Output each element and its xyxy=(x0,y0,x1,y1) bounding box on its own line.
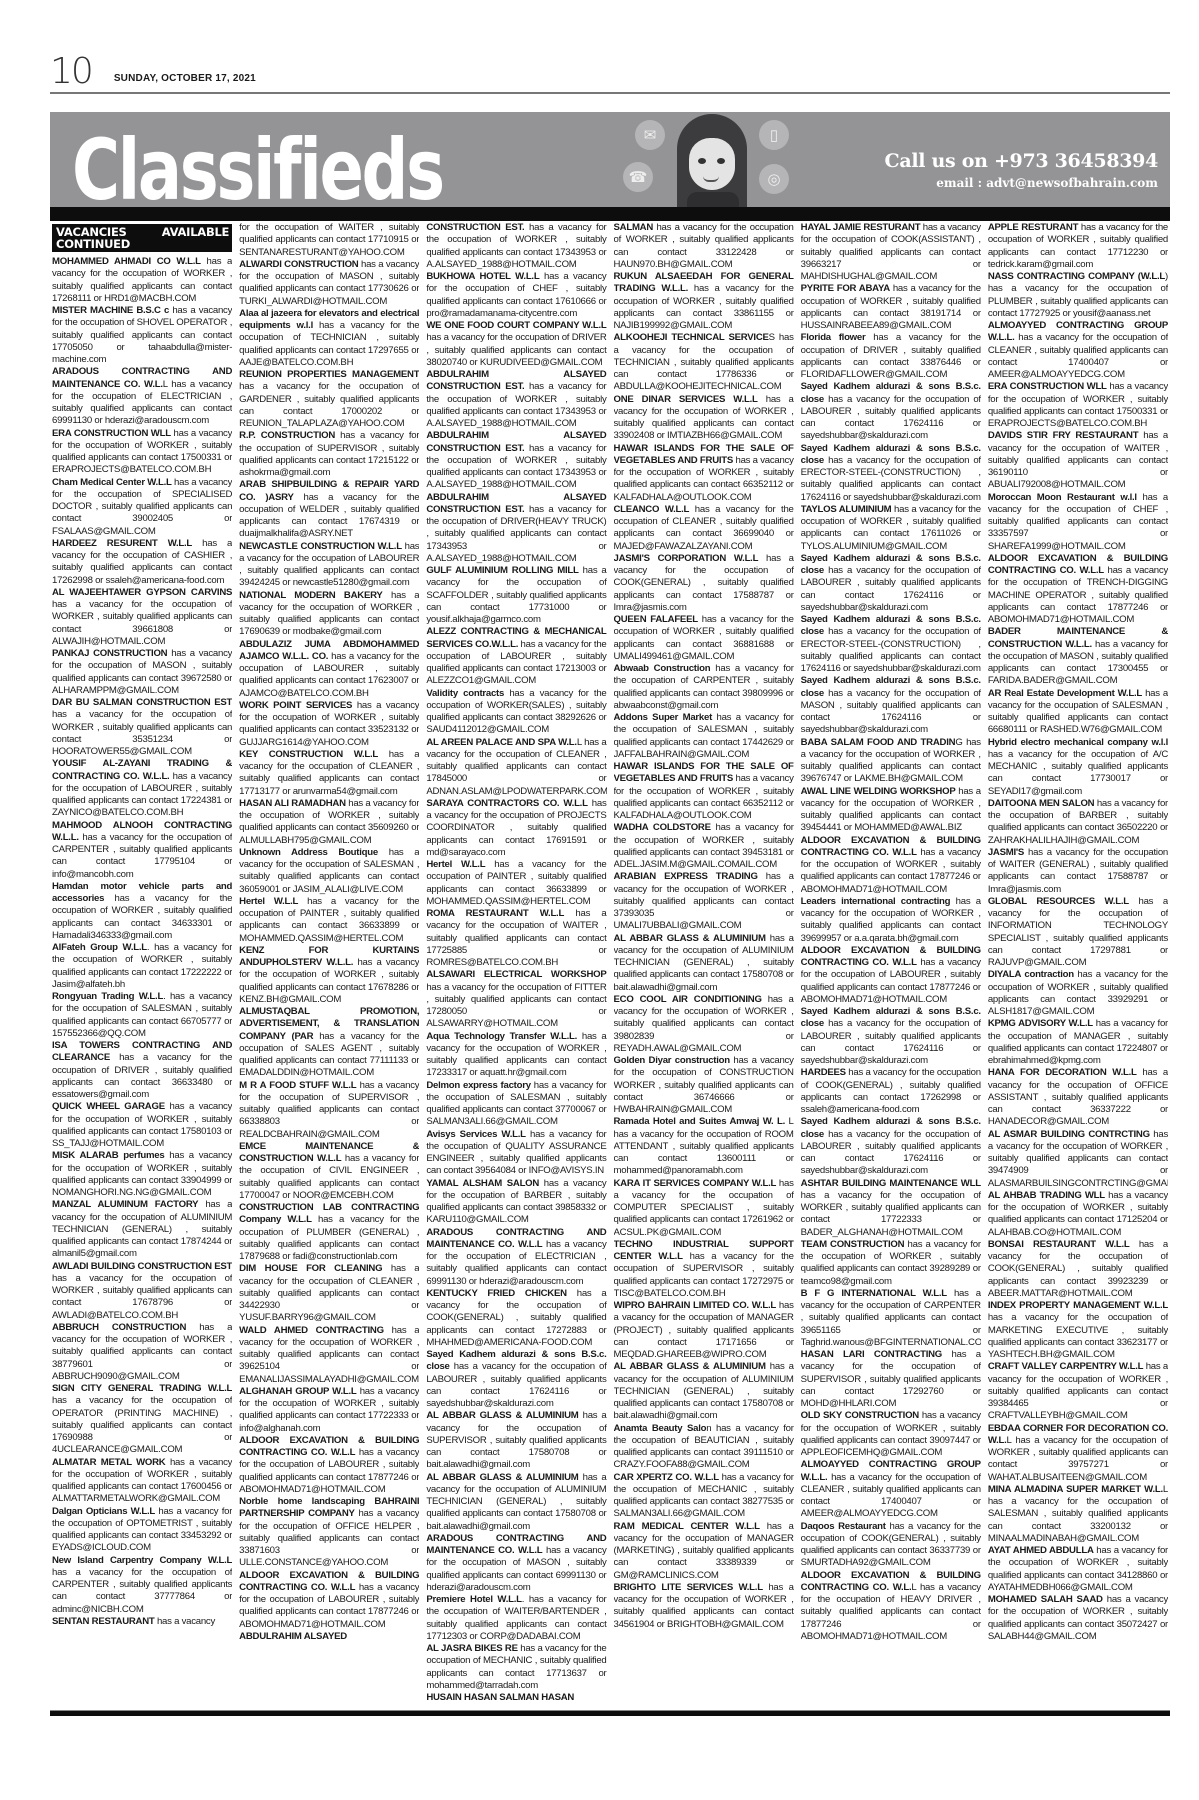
classified-ad: Golden Diyar construction has a vacancy … xyxy=(614,1055,794,1116)
classified-ad: Unknown Address Boutique has a vacancy f… xyxy=(239,847,419,896)
ad-body: has a vacancy for the occupation of WORK… xyxy=(52,599,232,647)
classified-ad: CONSTRUCTION EST. has a vacancy for the … xyxy=(426,222,606,271)
globe-icon: ◎ xyxy=(759,164,789,194)
classified-ad: KARA IT SERVICES COMPANY W.L.L has a vac… xyxy=(614,1178,794,1239)
ad-company-name: QUICK WHEEL GARAGE xyxy=(52,1101,165,1112)
classified-ad: WALD AHMED CONTRACTING has a vacancy for… xyxy=(239,1325,419,1386)
classified-ad: ABDULAZIZ JUMA ABDMOHAMMED AJAMCO W.L.L.… xyxy=(239,639,419,700)
classified-ad: ALDOOR EXCAVATION & BUILDING CONTRACTING… xyxy=(239,1570,419,1631)
classified-ad: KENZ FOR KURTAINS ANDUPHOLSTERV W.L.L. h… xyxy=(239,945,419,1006)
classified-ad: Aqua Technology Transfer W.L.L. has a va… xyxy=(426,1031,606,1080)
ad-company-name: DAVIDS STIR FRY RESTAURANT xyxy=(988,430,1138,441)
classified-ad: TAYLOS ALUMINIUM has a vacancy for the o… xyxy=(801,504,981,553)
ad-company-name: CRAFT VALLEY CARPENTRY W.L.L xyxy=(988,1361,1143,1372)
classified-ad: KEY CONSTRUCTION W.L.L has a vacancy for… xyxy=(239,749,419,798)
ad-body: for the occupation of WAITER , suitably … xyxy=(239,222,419,258)
ad-company-name: BABA SALAM FOOD AND TRADIN xyxy=(801,737,956,748)
classified-ad: HARDEES has a vacancy for the occupation… xyxy=(801,1067,981,1116)
ad-company-name: CLEANCO W.L.L xyxy=(614,504,690,515)
ad-company-name: SENTAN RESTAURANT xyxy=(52,1616,155,1627)
classified-ad: BRIGHTO LITE SERVICES W.L.L has a vacanc… xyxy=(614,1582,794,1631)
classified-ad: M R A FOOD STUFF W.L.L has a vacancy for… xyxy=(239,1080,419,1141)
classified-ad: ALMOAYYED CONTRACTING GROUP W.L.L. has a… xyxy=(988,320,1168,381)
classified-ad: ALDOOR EXCAVATION & BUILDING CONTRACTING… xyxy=(801,1570,981,1644)
classified-ad: BABA SALAM FOOD AND TRADING has a vacanc… xyxy=(801,737,981,786)
ad-body: has a vacancy for the occupation of LABO… xyxy=(801,394,981,442)
ad-company-name: AWLADI BUILDING CONSTRUCTION EST xyxy=(52,1261,232,1272)
classified-ad: HUSAIN HASAN SALMAN HASAN xyxy=(426,1692,606,1704)
classified-ad: AL WAJEEHTAWER GYPSON CARVINS has a vaca… xyxy=(52,587,232,648)
ad-company-name: AL ABBAR GLASS & ALUMINIUM xyxy=(426,1410,578,1421)
classified-ad: DAITOONA MEN SALON has a vacancy for the… xyxy=(988,798,1168,847)
classified-ad: PYRITE FOR ABAYA has a vacancy for the o… xyxy=(801,283,981,332)
phone-icon: ☎ xyxy=(623,162,653,192)
ad-company-name: GULF ALUMINIUM ROLLING MILL xyxy=(426,565,578,576)
classified-ad: ROMA RESTAURANT W.L.L has a vacancy for … xyxy=(426,908,606,969)
ad-company-name: PANKAJ CONSTRUCTION xyxy=(52,648,167,659)
classified-ad: HANA FOR DECORATION W.L.L has a vacancy … xyxy=(988,1067,1168,1128)
classified-ad: Sayed Kadhem aldurazi & sons B.S.c. clos… xyxy=(801,553,981,614)
classified-ad: MOHAMMED AHMADI CO W.L.L has a vacancy f… xyxy=(52,256,232,305)
classified-ad: SALMAN has a vacancy for the occupation … xyxy=(614,222,794,271)
ad-company-name: RAM MEDICAL CENTER W.L.L xyxy=(614,1521,760,1532)
classified-ad: AL ABBAR GLASS & ALUMINIUM has a vacancy… xyxy=(426,1472,606,1533)
ad-company-name: ECO COOL AIR CONDITIONING xyxy=(614,994,762,1005)
classified-ad: AL ABBAR GLASS & ALUMINIUM has a vacancy… xyxy=(426,1410,606,1471)
classified-ad: ONE DINAR SERVICES W.L.L has a vacancy f… xyxy=(614,394,794,443)
ad-company-name: Dalgan Opticians W.L.L xyxy=(52,1506,155,1517)
ad-company-name: B F G INTERNATIONAL W.L.L xyxy=(801,1288,947,1299)
classified-ad: ALWARDI CONSTRUCTION has a vacancy for t… xyxy=(239,259,419,308)
page-folio: 10 SUNDAY, OCTOBER 17, 2021 xyxy=(50,52,1170,94)
classified-ad: HAWAR ISLANDS FOR THE SALE OF VEGETABLES… xyxy=(614,761,794,822)
classified-ad: WADHA COLDSTORE has a vacancy for the oc… xyxy=(614,822,794,871)
classified-ad: ASHTAR BUILDING MAINTENANCE WLL has a va… xyxy=(801,1178,981,1239)
mobile-icon: ▯ xyxy=(759,120,789,150)
classified-ad: Hamdan motor vehicle parts and accessori… xyxy=(52,881,232,942)
classified-ad: APPLE RESTURANT has a vacancy for the oc… xyxy=(988,222,1168,271)
ad-company-name: AL AHBAB TRADING WLL xyxy=(988,1190,1105,1201)
contact-info: Call us on +973 36458394 email : advt@ne… xyxy=(885,150,1158,190)
ad-company-name: HARDEEZ RESURENT W.L.L xyxy=(52,538,192,549)
ad-body: has a vacancy for the occupation of CARP… xyxy=(52,1567,232,1615)
classified-ad: MAHMOOD ALNOOH CONTRACTING W.L.L. has a … xyxy=(52,820,232,881)
ad-company-name: Florida flower xyxy=(801,332,866,343)
classified-ad: ALKOOHEJI TECHNICAL SERVICES has a vacan… xyxy=(614,332,794,393)
ad-company-name: BRIGHTO LITE SERVICES W.L.L xyxy=(614,1582,763,1593)
classified-ad: ALEZZ CONTRACTING & MECHANICAL SERVICES … xyxy=(426,626,606,687)
classified-ad: SARAYA CONTRACTORS CO. W.L.L has a vacan… xyxy=(426,798,606,859)
classified-ad: Premiere Hotel W.L.L. has a vacancy for … xyxy=(426,1594,606,1643)
eye-shape xyxy=(698,158,706,164)
ad-company-name: Hertel W.L.L xyxy=(426,859,485,870)
ad-company-name: TEAM CONSTRUCTION xyxy=(801,1239,905,1250)
classified-ad: Norble home landscaping BAHRAINI PARTNER… xyxy=(239,1496,419,1570)
ad-company-name: ABDULRAHIM ALSAYED xyxy=(239,1631,347,1642)
classified-ad: GULF ALUMINIUM ROLLING MILL has a vacanc… xyxy=(426,565,606,626)
classified-ad: GLOBAL RESOURCES W.L.L has a vacancy for… xyxy=(988,896,1168,970)
ad-company-name: HARDEES xyxy=(801,1067,846,1078)
classified-ad: Rongyuan Trading W.L.L. has a vacancy fo… xyxy=(52,991,232,1040)
classified-ad: ARAB SHIPBUILDING & REPAIR YARD CO. )ASR… xyxy=(239,479,419,540)
classified-ad: ABDULRAHIM ALSAYED xyxy=(239,1631,419,1643)
column-3: CONSTRUCTION EST. has a vacancy for the … xyxy=(426,222,606,1742)
classified-ad: AWAL LINE WELDING WORKSHOP has a vacancy… xyxy=(801,786,981,835)
classified-ad: MISK ALARAB perfumes has a vacancy for t… xyxy=(52,1150,232,1199)
ad-company-name: Aqua Technology Transfer W.L.L. xyxy=(426,1031,577,1042)
ad-company-name: AL AREEN PALACE AND SPA W.L. xyxy=(426,737,576,748)
ad-company-name: JASMI'S CORPORATION W.L.L xyxy=(614,553,759,564)
classified-ad: ABBRUCH CONSTRUCTION has a vacancy for t… xyxy=(52,1322,232,1383)
ad-company-name: DIM HOUSE FOR CLEANING xyxy=(239,1263,382,1274)
ad-body: has a vacancy for the occupation of MARK… xyxy=(988,1312,1168,1360)
ad-company-name: ALSAWARI ELECTRICAL WORKSHOP xyxy=(426,969,606,980)
ad-body: has a vacancy for the occupation of CLEA… xyxy=(988,332,1168,380)
ad-body: has a vacancy for the occupation of MASO… xyxy=(801,688,981,736)
classified-ad: EBDAA CORNER FOR DECORATION CO. W.L.L ha… xyxy=(988,1423,1168,1484)
ad-company-name: WE ONE FOOD COURT COMPANY W.L.L xyxy=(426,320,606,331)
classified-ad: MANZAL ALUMINUM FACTORY has a vacancy fo… xyxy=(52,1199,232,1260)
classified-ad: AL ABBAR GLASS & ALUMINIUM has a vacancy… xyxy=(614,933,794,994)
ad-company-name: Validity contracts xyxy=(426,688,504,699)
ad-company-name: ONE DINAR SERVICES W.L.L xyxy=(614,394,758,405)
ad-company-name: AL JASRA BIKES RE xyxy=(426,1643,517,1654)
ad-company-name: ERA CONSTRUCTION WLL xyxy=(988,381,1107,392)
ad-company-name: TAYLOS ALUMINIUM xyxy=(801,504,892,515)
ad-company-name: MOHAMMED AHMADI CO W.L.L xyxy=(52,256,201,267)
classified-ad: Sayed Kadhem aldurazi & sons B.S.c. clos… xyxy=(426,1349,606,1410)
ad-body: has a vacancy for the occupation of FITT… xyxy=(426,982,606,1030)
classified-ad: R.P. CONSTRUCTION has a vacancy for the … xyxy=(239,430,419,479)
contact-email: email : advt@newsofbahrain.com xyxy=(885,176,1158,190)
ad-body: has a vacancy for the occupation of OPER… xyxy=(52,1395,232,1455)
ad-company-name: Leaders international contracting xyxy=(801,896,951,907)
classified-ad: ISA TOWERS CONTRACTING AND CLEARANCE has… xyxy=(52,1040,232,1101)
ad-company-name: Golden Diyar construction xyxy=(614,1055,730,1066)
ad-company-name: MISK ALARAB perfumes xyxy=(52,1150,164,1161)
envelope-icon: ✉ xyxy=(635,120,665,150)
classified-ad: WIPRO BAHRAIN LIMITED CO. W.L.L has a va… xyxy=(614,1300,794,1361)
ad-company-name: ASHTAR BUILDING MAINTENANCE WLL xyxy=(801,1178,981,1189)
classified-ad: for the occupation of WAITER , suitably … xyxy=(239,222,419,259)
classified-ad: AL AREEN PALACE AND SPA W.L.L has a vaca… xyxy=(426,737,606,798)
classified-ad: Sayed Kadhem aldurazi & sons B.S.c. clos… xyxy=(801,381,981,442)
ad-company-name: MANZAL ALUMINUM FACTORY xyxy=(52,1199,198,1210)
classifieds-banner: Classifieds ✉ ☎ ▯ ◎ Call us on +973 3645… xyxy=(50,112,1170,220)
classified-ad: Sayed Kadhem aldurazi & sons B.S.c. clos… xyxy=(801,614,981,675)
ad-company-name: KENTUCKY FRIED CHICKEN xyxy=(426,1288,566,1299)
classified-ad: Sayed Kadhem aldurazi & sons B.S.c. clos… xyxy=(801,675,981,736)
ad-body: has a vacancy for the occupation of GARD… xyxy=(239,381,419,429)
classified-ad: AL ASMAR BUILDING CONTRCTING has a vacan… xyxy=(988,1129,1168,1190)
call-number: Call us on +973 36458394 xyxy=(885,150,1158,172)
classified-ad: Hybrid electro mechanical company w.l.l … xyxy=(988,737,1168,798)
classified-ad: ARADOUS CONTRACTING AND MAINTENANCE CO. … xyxy=(426,1533,606,1594)
ad-company-name: BUKHOWA HOTEL W.L.L xyxy=(426,271,539,282)
ad-company-name: SARAYA CONTRACTORS CO. W.L.L xyxy=(426,798,587,809)
ad-company-name: DIYALA contraction xyxy=(988,969,1074,980)
ad-company-name: JASMI'S xyxy=(988,847,1024,858)
ad-company-name: Cham Medical Center W.L.L xyxy=(52,477,172,488)
classified-ad: KENTUCKY FRIED CHICKEN has a vacancy for… xyxy=(426,1288,606,1349)
ad-company-name: QUEEN FALAFEEL xyxy=(614,614,698,625)
classified-ad: RUKUN ALSAEEDAH FOR GENERAL TRADING W.L.… xyxy=(614,271,794,332)
ad-company-name: APPLE RESTURANT xyxy=(988,222,1078,233)
classified-ad: HASAN ALI RAMADHAN has a vacancy for the… xyxy=(239,798,419,847)
classified-ad: Validity contracts has a vacancy for the… xyxy=(426,688,606,737)
classified-ad: Sayed Kadhem aldurazi & sons B.S.c. clos… xyxy=(801,443,981,504)
classified-ad: NEWCASTLE CONSTRUCTION W.L.L has a vacan… xyxy=(239,541,419,590)
column-5: HAYAL JAMIE RESTURANT has a vacancy for … xyxy=(801,222,981,1742)
classified-ad: HASAN LARI CONTRACTING has a vacancy for… xyxy=(801,1349,981,1410)
ad-company-name: KARA IT SERVICES COMPANY W.L.L xyxy=(614,1178,777,1189)
classified-ad: ALGHANAH GROUP W.L.L has a vacancy for t… xyxy=(239,1386,419,1435)
ad-company-name: SIGN CITY GENERAL TRADING W.L.L xyxy=(52,1383,232,1394)
classified-ad: QUICK WHEEL GARAGE has a vacancy for the… xyxy=(52,1101,232,1150)
classified-ad: Anamta Beauty Salon has a vacancy for th… xyxy=(614,1423,794,1472)
ad-company-name: NEWCASTLE CONSTRUCTION W.L.L xyxy=(239,541,402,552)
ad-company-name: AL WAJEEHTAWER GYPSON CARVINS xyxy=(52,587,232,598)
ad-company-name: Moroccan Moon Restaurant w.l.l xyxy=(988,492,1137,503)
classified-ad: WE ONE FOOD COURT COMPANY W.L.L has a va… xyxy=(426,320,606,369)
classified-ad: ALMUSTAQBAL PROMOTION, ADVERTISEMENT, & … xyxy=(239,1006,419,1080)
classified-ad: ABDULRAHIM ALSAYED CONSTRUCTION EST. has… xyxy=(426,492,606,566)
ad-company-name: Ramada Hotel and Suites Amwaj W. L. xyxy=(614,1116,786,1127)
ad-company-name: WALD AHMED CONTRACTING xyxy=(239,1325,384,1336)
classified-ad: ARADOUS CONTRACTING AND MAINTENANCE CO. … xyxy=(52,366,232,427)
ad-company-name: Rongyuan Trading W.L.L xyxy=(52,991,163,1002)
classified-ad: ABDULRAHIM ALSAYED CONSTRUCTION EST. has… xyxy=(426,369,606,430)
ad-company-name: HANA FOR DECORATION W.L.L xyxy=(988,1067,1137,1078)
face-shape xyxy=(689,138,735,190)
classified-ad: EMCE MAINTENANCE & CONSTRUCTION W.L.L ha… xyxy=(239,1141,419,1202)
ad-company-name: AWAL LINE WELDING WORKSHOP xyxy=(801,786,956,797)
ad-company-name: Delmon express factory xyxy=(426,1080,530,1091)
classified-ad: JASMI'S has a vacancy for the occupation… xyxy=(988,847,1168,896)
ad-company-name: ALWARDI CONSTRUCTION xyxy=(239,259,358,270)
classified-ad: ALDOOR EXCAVATION & BUILDING CONTRACTING… xyxy=(988,553,1168,627)
page-bottom-rule xyxy=(50,1710,1170,1716)
classified-ad: AWLADI BUILDING CONSTRUCTION EST has a v… xyxy=(52,1261,232,1322)
classified-ad: Ramada Hotel and Suites Amwaj W. L. L ha… xyxy=(614,1116,794,1177)
classified-ad: MISTER MACHINE B.S.C c has a vacancy for… xyxy=(52,305,232,366)
ad-body: has a vacancy for the occupation of WORK… xyxy=(801,1190,981,1238)
ad-company-name: ALGHANAH GROUP W.L.L xyxy=(239,1386,356,1397)
ad-company-name: OLD SKY CONSTRUCTION xyxy=(801,1410,919,1421)
classified-ad: AL AHBAB TRADING WLL has a vacancy for t… xyxy=(988,1190,1168,1239)
ad-company-name: ALMATAR METAL WORK xyxy=(52,1457,165,1468)
classified-ad: CONSTRUCTION LAB CONTRACTING Company W.L… xyxy=(239,1202,419,1263)
column-1: VACANCIES AVAILABLE CONTINUED MOHAMMED A… xyxy=(52,222,232,1742)
classified-ad: AR Real Estate Development W.L.L has a v… xyxy=(988,688,1168,737)
ad-company-name: SALMAN xyxy=(614,222,654,233)
classified-ad: CAR XPERTZ CO. W.L.L has a vacancy for t… xyxy=(614,1472,794,1521)
ad-company-name: WORK POINT SERVICES xyxy=(239,700,352,711)
classified-ad: PANKAJ CONSTRUCTION has a vacancy for th… xyxy=(52,648,232,697)
classified-ad: HAWAR ISLANDS FOR THE SALE OF VEGETABLES… xyxy=(614,443,794,504)
classified-ad: DIYALA contraction has a vacancy for the… xyxy=(988,969,1168,1018)
ad-body: has a vacancy for the occupation of WORK… xyxy=(52,709,232,757)
classified-ad: AYAT AHMED ABDULLA has a vacancy for the… xyxy=(988,1545,1168,1594)
ad-body: has a vacancy for the occupation of EREC… xyxy=(801,626,981,674)
classified-columns: VACANCIES AVAILABLE CONTINUED MOHAMMED A… xyxy=(52,222,1168,1742)
ad-company-name: CONSTRUCTION EST. xyxy=(426,222,524,233)
classified-ad: B F G INTERNATIONAL W.L.L has a vacancy … xyxy=(801,1288,981,1349)
classified-ad: Avisys Services W.L.L has a vacancy for … xyxy=(426,1129,606,1178)
publication-date: SUNDAY, OCTOBER 17, 2021 xyxy=(114,73,256,84)
ad-body: has a vacancy for the occupation of CARP… xyxy=(52,832,232,880)
ad-company-name: INDEX PROPERTY MANAGEMENT W.L.L xyxy=(988,1300,1168,1311)
ad-company-name: PYRITE FOR ABAYA xyxy=(801,283,890,294)
classified-ad: ECO COOL AIR CONDITIONING has a vacancy … xyxy=(614,994,794,1055)
ad-company-name: AlFateh Group W.L.L xyxy=(52,942,147,953)
ad-company-name: YAMAL ALSHAM SALON xyxy=(426,1178,539,1189)
page-number: 10 xyxy=(50,52,92,92)
classified-ad: AL JASRA BIKES RE has a vacancy for the … xyxy=(426,1643,606,1692)
ad-company-name: Unknown Address Boutique xyxy=(239,847,378,858)
classified-ad: Leaders international contracting has a … xyxy=(801,896,981,945)
classified-ad: Addons Super Market has a vacancy for th… xyxy=(614,712,794,761)
ad-company-name: HASAN ALI RAMADHAN xyxy=(239,798,346,809)
ad-company-name: WADHA COLDSTORE xyxy=(614,822,711,833)
classified-ad: AlFateh Group W.L.L. has a vacancy for t… xyxy=(52,942,232,991)
ad-company-name: Anamta Beauty Salo xyxy=(614,1423,707,1434)
classified-ad: NASS CONTRACTING COMPANY (W.L.L) has a v… xyxy=(988,271,1168,320)
classified-ad: ERA CONSTRUCTION WLL has a vacancy for t… xyxy=(52,428,232,477)
classified-ad: ALSAWARI ELECTRICAL WORKSHOP has a vacan… xyxy=(426,969,606,1030)
ad-company-name: Daqoos Restaurant xyxy=(801,1521,886,1532)
ad-company-name: MINA ALMADINA SUPER MARKET W.L. xyxy=(988,1484,1163,1495)
classified-ad: DAVIDS STIR FRY RESTAURANT has a vacancy… xyxy=(988,430,1168,491)
classified-ad: ALDOOR EXCAVATION & BUILDING CONTRACTING… xyxy=(801,835,981,896)
ad-company-name: Avisys Services W.L.L xyxy=(426,1129,525,1140)
classified-ad: Sayed Kadhem aldurazi & sons B.S.c. clos… xyxy=(801,1006,981,1067)
ad-company-name: HASAN LARI CONTRACTING xyxy=(801,1349,942,1360)
ad-company-name: ARABIAN EXPRESS TRADING xyxy=(614,871,758,882)
classified-ad: OLD SKY CONSTRUCTION has a vacancy for t… xyxy=(801,1410,981,1459)
classified-ad: QUEEN FALAFEEL has a vacancy for the occ… xyxy=(614,614,794,663)
classified-ad: Hertel W.L.L has a vacancy for the occup… xyxy=(239,896,419,945)
classified-ad: DAR BU SALMAN CONSTRUCTION EST has a vac… xyxy=(52,697,232,758)
classified-ad: Daqoos Restaurant has a vacancy for the … xyxy=(801,1521,981,1570)
classified-ad: JASMI'S CORPORATION W.L.L has a vacancy … xyxy=(614,553,794,614)
classified-ad: RAM MEDICAL CENTER W.L.L has a vacancy f… xyxy=(614,1521,794,1582)
classified-ad: YOUSIF AL-ZAYANI TRADING & CONTRACTING C… xyxy=(52,758,232,819)
ad-company-name: R.P. CONSTRUCTION xyxy=(239,430,335,441)
column-6: APPLE RESTURANT has a vacancy for the oc… xyxy=(988,222,1168,1742)
operator-illustration: ✉ ☎ ▯ ◎ xyxy=(595,112,825,220)
classified-ad: CLEANCO W.L.L has a vacancy for the occu… xyxy=(614,504,794,553)
column-4: SALMAN has a vacancy for the occupation … xyxy=(614,222,794,1742)
classified-ad: ALMOAYYED CONTRACTING GROUP W.L.L. has a… xyxy=(801,1459,981,1520)
classified-ad: Florida flower has a vacancy for the occ… xyxy=(801,332,981,381)
ad-body: has a vacancy for the occupation of LABO… xyxy=(801,565,981,613)
ad-body: has a vacancy for the occupation of WORK… xyxy=(52,1273,232,1321)
classified-ad: Abwaab Construction has a vacancy for th… xyxy=(614,663,794,712)
classified-ad: REUNION PROPERTIES MANAGEMENT has a vaca… xyxy=(239,369,419,430)
ad-company-name: AL ASMAR BUILDING CONTRCTING xyxy=(988,1129,1150,1140)
ad-company-name: Hertel W.L.L xyxy=(239,896,298,907)
classified-ad: ALDOOR EXCAVATION & BUILDING CONTRACTING… xyxy=(239,1435,419,1496)
classified-ad: ERA CONSTRUCTION WLL has a vacancy for t… xyxy=(988,381,1168,430)
classified-ad: Moroccan Moon Restaurant w.l.l has a vac… xyxy=(988,492,1168,553)
ad-company-name: DAITOONA MEN SALON xyxy=(988,798,1095,809)
ad-body: has a vacancy for the occupation of A/C … xyxy=(988,749,1168,797)
ad-company-name: ALKOOHEJI TECHNICAL SERVICE xyxy=(614,332,769,343)
banner-rule xyxy=(50,207,1170,221)
ad-body: has a vacancy for the occupation of LABO… xyxy=(426,1361,606,1409)
ad-company-name: AL ABBAR GLASS & ALUMINIUM xyxy=(426,1472,578,1483)
classified-ad: Cham Medical Center W.L.L has a vacancy … xyxy=(52,477,232,538)
ad-company-name: Hybrid electro mechanical company w.l.l xyxy=(988,737,1168,748)
classified-ad: YAMAL ALSHAM SALON has a vacancy for the… xyxy=(426,1178,606,1227)
ad-company-name: BONSAI RESTAURANT W.L.L xyxy=(988,1239,1130,1250)
classified-ad: Hertel W.L.L has a vacancy for the occup… xyxy=(426,859,606,908)
classified-ad: BONSAI RESTAURANT W.L.L has a vacancy fo… xyxy=(988,1239,1168,1300)
classified-ad: TECHNO INDUSTRIAL SUPPORT CENTER W.L.L h… xyxy=(614,1239,794,1300)
ad-company-name: KPMG ADVISORY W.L.L xyxy=(988,1018,1093,1029)
ad-company-name: ROMA RESTAURANT W.L.L xyxy=(426,908,564,919)
ad-company-name: HAYAL JAMIE RESTURANT xyxy=(801,222,921,233)
classified-ad: New Island Carpentry Company W.L.L has a… xyxy=(52,1555,232,1616)
classified-ad: BUKHOWA HOTEL W.L.L has a vacancy for th… xyxy=(426,271,606,320)
classified-ad: KPMG ADVISORY W.L.L has a vacancy for th… xyxy=(988,1018,1168,1067)
section-heading: VACANCIES AVAILABLE CONTINUED xyxy=(52,224,232,252)
ad-company-name: ERA CONSTRUCTION WLL xyxy=(52,428,171,439)
ad-body: has a vacancy for the occupation of CLEA… xyxy=(801,1472,981,1520)
ad-company-name: Abwaab Construction xyxy=(614,663,711,674)
ad-body: has a vacancy xyxy=(155,1616,216,1627)
classified-ad: ARABIAN EXPRESS TRADING has a vacancy fo… xyxy=(614,871,794,932)
ad-body: has a vacancy for the occupation of EREC… xyxy=(801,455,981,503)
classified-ad: HAYAL JAMIE RESTURANT has a vacancy for … xyxy=(801,222,981,283)
ad-body: has a vacancy for the occupation of LABO… xyxy=(801,1018,981,1066)
ad-company-name: AYAT AHMED ABDULLA xyxy=(988,1545,1094,1556)
ad-company-name: WIPRO BAHRAIN LIMITED CO. W.L.L xyxy=(614,1300,777,1311)
ad-company-name: Premiere Hotel W.L.L xyxy=(426,1594,521,1605)
ad-company-name: GLOBAL RESOURCES W.L.L xyxy=(988,896,1129,907)
ad-company-name: NASS CONTRACTING COMPANY (W.L.L xyxy=(988,271,1165,282)
ad-company-name: MISTER MACHINE B.S.C c xyxy=(52,305,169,316)
classified-ad: CRAFT VALLEY CARPENTRY W.L.L has a vacan… xyxy=(988,1361,1168,1422)
classified-ad: NATIONAL MODERN BAKERY has a vacancy for… xyxy=(239,590,419,639)
classified-ad: Dalgan Opticians W.L.L has a vacancy for… xyxy=(52,1506,232,1555)
classified-ad: ABDULRAHIM ALSAYED CONSTRUCTION EST. has… xyxy=(426,430,606,491)
ad-company-name: Addons Super Market xyxy=(614,712,713,723)
classified-ad: TEAM CONSTRUCTION has a vacancy for the … xyxy=(801,1239,981,1288)
classified-ad: INDEX PROPERTY MANAGEMENT W.L.L has a va… xyxy=(988,1300,1168,1361)
classified-ad: MOHAMED SALAH SAAD has a vacancy for the… xyxy=(988,1594,1168,1643)
ad-body: has a vacancy for the occupation of LABO… xyxy=(801,1129,981,1177)
ad-company-name: HUSAIN HASAN SALMAN HASAN xyxy=(426,1692,574,1703)
classified-ad: HARDEEZ RESURENT W.L.L has a vacancy for… xyxy=(52,538,232,587)
ad-company-name: DAR BU SALMAN CONSTRUCTION EST xyxy=(52,697,232,708)
classified-ad: ARADOUS CONTRACTING AND MAINTENANCE CO. … xyxy=(426,1227,606,1288)
classified-ad: Alaa al jazeera for elevators and electr… xyxy=(239,308,419,369)
classified-ad: ALDOOR EXCAVATION & BUILDING CONTRACTING… xyxy=(801,945,981,1006)
classified-ad: Sayed Kadhem aldurazi & sons B.S.c. clos… xyxy=(801,1116,981,1177)
classified-ad: BADER MAINTENANCE & CONSTRUCTION W.L.L. … xyxy=(988,626,1168,687)
ad-company-name: KEY CONSTRUCTION W.L.L xyxy=(239,749,378,760)
ad-company-name: NATIONAL MODERN BAKERY xyxy=(239,590,382,601)
classified-ad: DIM HOUSE FOR CLEANING has a vacancy for… xyxy=(239,1263,419,1324)
ad-body: L has a vacancy for the occupation of WO… xyxy=(988,1435,1168,1483)
ad-company-name: ABBRUCH CONSTRUCTION xyxy=(52,1322,186,1333)
ad-company-name: AR Real Estate Development W.L.L xyxy=(988,688,1142,699)
ad-body: has a vacancy for the occupation of DRIV… xyxy=(426,332,606,368)
ad-company-name: AL ABBAR GLASS & ALUMINIUM xyxy=(614,933,766,944)
classified-ad: WORK POINT SERVICES has a vacancy for th… xyxy=(239,700,419,749)
